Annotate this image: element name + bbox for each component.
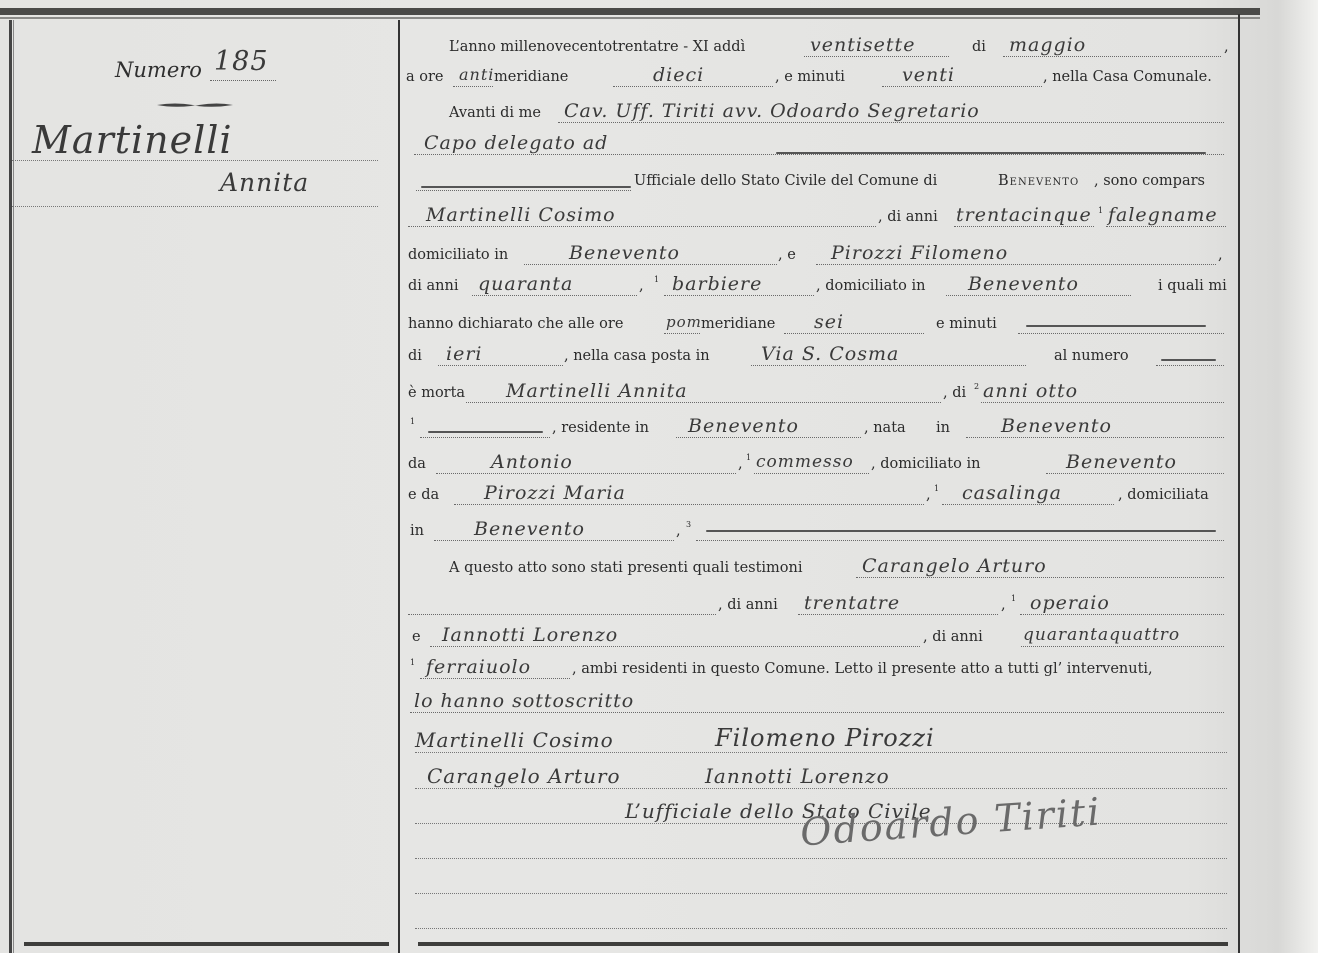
witness2-job-field: ferraiuolo — [420, 656, 570, 679]
top-border-thin-rule — [0, 17, 1260, 19]
footnote-mark: 1 — [1098, 196, 1103, 226]
static-text: Avanti di me — [449, 98, 541, 128]
month-field: maggio — [1003, 34, 1221, 57]
static-text: e da — [408, 480, 439, 510]
margin-surname: Martinelli — [32, 118, 233, 162]
static-text: in — [936, 413, 950, 443]
static-text: , residente in — [552, 413, 649, 443]
declarant2-domicile-field: Benevento — [946, 273, 1131, 296]
signature-row: Carangelo Arturo Iannotti Lorenzo — [415, 758, 1227, 789]
signature-row — [415, 863, 1227, 894]
ante-field: anti — [453, 64, 493, 87]
line-witnesses: A questo atto sono stati presenti quali … — [406, 553, 1226, 583]
blank-field — [408, 592, 716, 615]
signature-witness1: Carangelo Arturo — [427, 764, 621, 788]
residence-field: Benevento — [676, 415, 861, 438]
mother-domicile-field: Benevento — [434, 518, 674, 541]
line-declarant1: Martinelli Cosimo , di anni trentacinque… — [406, 202, 1226, 232]
filler-stroke — [421, 186, 631, 188]
mother-name-field: Pirozzi Maria — [454, 482, 924, 505]
static-text: , — [639, 271, 644, 301]
father-domicile-field: Benevento — [1046, 451, 1224, 474]
top-border-rule — [0, 8, 1260, 15]
line-declarant2-details: di anni quaranta , 1 barbiere , domicili… — [406, 271, 1226, 301]
line-death-place: di ieri , nella casa posta in Via S. Cos… — [406, 341, 1226, 371]
comune-name: Benevento — [998, 166, 1079, 196]
static-text: , — [676, 516, 681, 546]
declarant2-name-field: Pirozzi Filomeno — [816, 242, 1216, 265]
witness2-age-field: quarantaquattro — [1021, 624, 1224, 647]
line-deceased: è morta Martinelli Annita , di 2 anni ot… — [406, 378, 1226, 408]
static-text: , — [1218, 240, 1223, 270]
line-declarant2: domiciliato in Benevento , e Pirozzi Fil… — [406, 240, 1226, 270]
static-text: , e — [778, 240, 796, 270]
line-official: Avanti di me Cav. Uff. Tiriti avv. Odoar… — [406, 98, 1226, 128]
static-text: in — [410, 516, 424, 546]
static-text: , domiciliato in — [871, 449, 980, 479]
line-date: L’anno millenovecentotrentatre - XI addì… — [406, 32, 1226, 62]
static-text: di anni — [408, 271, 459, 301]
declarant1-age-field: trentacinque — [954, 204, 1094, 227]
static-text: domiciliato in — [408, 240, 508, 270]
static-text: , — [1224, 32, 1229, 62]
declarant1-job-field: falegname — [1106, 204, 1226, 227]
static-text: a ore — [406, 62, 444, 92]
father-job-field: commesso — [754, 451, 869, 474]
register-page: Numero 185 Martinelli Annita L’anno mill… — [0, 0, 1318, 953]
static-text: e minuti — [936, 309, 997, 339]
line-mother-domicile: in Benevento , 3 — [406, 516, 1226, 546]
static-text: è morta — [408, 378, 465, 408]
filler-stroke — [1161, 359, 1216, 361]
footnote-mark: 1 — [410, 648, 415, 678]
mother-job-field: casalinga — [942, 482, 1114, 505]
right-border-rule — [1238, 14, 1240, 953]
footnote-mark: 1 — [746, 443, 751, 473]
line-ufficiale: Ufficiale dello Stato Civile del Comune … — [406, 166, 1226, 196]
line-witness2-details: 1 ferraiuolo , ambi residenti in questo … — [406, 654, 1226, 684]
static-text: i quali mi — [1158, 271, 1227, 301]
static-text: A questo atto sono stati presenti quali … — [449, 553, 803, 583]
body-bottom-rule — [418, 942, 1228, 946]
record-number: 185 — [210, 46, 276, 81]
footnote-mark: 2 — [974, 372, 979, 402]
deceased-job-field — [420, 415, 550, 438]
static-text: , di anni — [718, 590, 778, 620]
static-text: , di anni — [878, 202, 938, 232]
declarant1-domicile-field: Benevento — [524, 242, 777, 265]
static-text: , sono compars — [1094, 166, 1205, 196]
filler-stroke — [706, 530, 1216, 532]
witness1-job-field: operaio — [1020, 592, 1224, 615]
line-residence: 1 , residente in Benevento , nata in Ben… — [406, 413, 1226, 443]
static-text: , — [738, 449, 743, 479]
signature-witness2: Iannotti Lorenzo — [705, 764, 890, 788]
official-field: Cav. Uff. Tiriti avv. Odoardo Segretario — [558, 100, 1224, 123]
margin-first-name: Annita — [220, 168, 309, 197]
static-text: hanno dichiarato che alle ore — [408, 309, 623, 339]
witness2-name-field: Iannotti Lorenzo — [430, 624, 920, 647]
numero-label: Numero — [115, 58, 202, 82]
footnote-mark: 3 — [686, 510, 691, 540]
filler-stroke — [776, 152, 1206, 154]
witness1-age-field: trentatre — [798, 592, 998, 615]
pom-field: pom — [664, 311, 700, 334]
static-text: , nella Casa Comunale. — [1043, 62, 1212, 92]
static-text: meridiane — [701, 309, 775, 339]
static-text: , — [1001, 590, 1006, 620]
father-name-field: Antonio — [436, 451, 736, 474]
static-text: L’anno millenovecentotrentatre - XI addì — [449, 32, 745, 62]
death-hour-field: sei — [784, 311, 924, 334]
death-day-field: ieri — [438, 343, 563, 366]
witness1-name-field: Carangelo Arturo — [856, 555, 1224, 578]
static-text: al numero — [1054, 341, 1129, 371]
house-number-field — [1156, 343, 1224, 366]
static-text: , domiciliato in — [816, 271, 925, 301]
footnote-mark: 1 — [410, 407, 415, 437]
margin-rule — [12, 206, 378, 207]
birthplace-field: Benevento — [966, 415, 1224, 438]
signature-row: Martinelli Cosimo Filomeno Pirozzi — [415, 722, 1227, 753]
signature-row — [415, 898, 1227, 929]
margin-bottom-rule — [24, 942, 389, 946]
street-field: Via S. Cosma — [751, 343, 1026, 366]
filler-stroke — [1026, 325, 1206, 327]
line-father: da Antonio , 1 commesso , domiciliato in… — [406, 449, 1226, 479]
static-text: , e minuti — [775, 62, 845, 92]
line-witness1-details: , di anni trentatre , 1 operaio — [406, 590, 1226, 620]
declarant2-job-field: barbiere — [664, 273, 814, 296]
footnote-mark: 1 — [1011, 584, 1016, 614]
static-text: , nata — [864, 413, 906, 443]
static-text: , di — [943, 378, 966, 408]
static-text: , ambi residenti in questo Comune. Letto… — [572, 654, 1153, 684]
static-text: di — [972, 32, 986, 62]
deceased-age-field: anni otto — [981, 380, 1224, 403]
line-official-cont: Capo delegato ad — [406, 130, 1226, 160]
footnote-mark: 1 — [934, 474, 939, 504]
death-minutes-field — [1018, 311, 1224, 334]
minutes-field: venti — [882, 64, 1042, 87]
margin-column-divider — [398, 20, 400, 953]
signature-declarant2: Filomeno Pirozzi — [715, 724, 935, 752]
static-text: , nella casa posta in — [564, 341, 710, 371]
declarant1-name-field: Martinelli Cosimo — [408, 204, 876, 227]
signature-declarant1: Martinelli Cosimo — [415, 728, 614, 752]
deceased-name-field: Martinelli Annita — [466, 380, 941, 403]
hour-field: dieci — [613, 64, 773, 87]
static-text: , domiciliata — [1118, 480, 1209, 510]
filler-stroke — [428, 431, 543, 433]
declarant2-age-field: quaranta — [472, 273, 637, 296]
day-field: ventisette — [804, 34, 949, 57]
static-text: , — [926, 480, 931, 510]
static-text: meridiane — [494, 62, 568, 92]
footnote-mark: 1 — [654, 265, 659, 295]
signed-field: lo hanno sottoscritto — [410, 690, 1224, 713]
ornament-flourish-icon — [155, 102, 235, 108]
static-text: , di anni — [923, 622, 983, 652]
line-death-time: hanno dichiarato che alle ore pom meridi… — [406, 309, 1226, 339]
static-text: da — [408, 449, 426, 479]
line-witness2: e Iannotti Lorenzo , di anni quarantaqua… — [406, 622, 1226, 652]
static-text: Ufficiale dello Stato Civile del Comune … — [634, 166, 937, 196]
line-mother: e da Pirozzi Maria , 1 casalinga , domic… — [406, 480, 1226, 510]
line-signed: lo hanno sottoscritto — [406, 688, 1226, 718]
static-text: di — [408, 341, 422, 371]
line-hour: a ore anti meridiane dieci , e minuti ve… — [406, 62, 1226, 92]
